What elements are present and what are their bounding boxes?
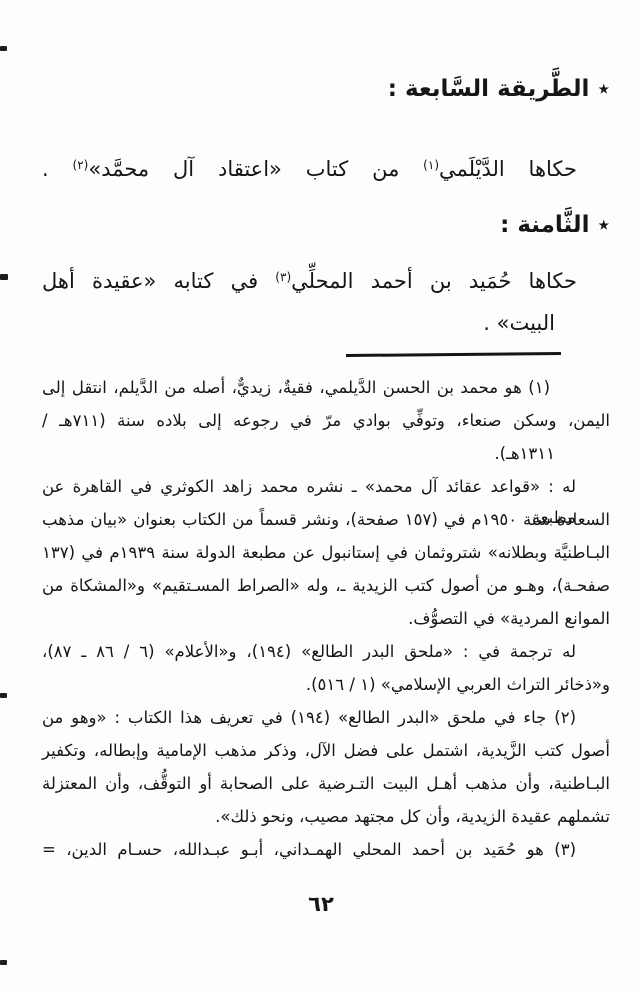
paragraph-seventh-method: حكاها الدَّيْلَمي(١) من كتاب «اعتقاد آل …: [42, 148, 610, 186]
footnote-ref-3: (٣): [275, 270, 291, 284]
footnote-line: له : «قواعد عقائد آل محمد» ـ نشره محمد ز…: [42, 471, 610, 504]
paragraph-eighth-method-line2: البيت» .: [42, 306, 610, 340]
scan-artifact: [0, 46, 7, 51]
footnote-line: (٢) جاء في ملحق «البدر الطالع» (١٩٤) في …: [42, 702, 610, 735]
scan-artifact: [0, 693, 7, 698]
footnote-line: (١) هو محمد بن الحسن الدَّيلمي، فقيةٌ، ز…: [42, 372, 610, 405]
text-run: من كتاب «اعتقاد آل محمَّد»: [88, 157, 423, 181]
footnote-line: ١٣١١هـ).: [42, 438, 610, 471]
footnote-line: الموانع المردية» في التصوُّف.: [42, 603, 610, 636]
text-run: .: [42, 157, 73, 181]
text-run: حكاها الدَّيْلَمي: [439, 157, 577, 181]
book-page: ٭ الطَّريقة السَّابعة : حكاها الدَّيْلَم…: [0, 0, 642, 990]
footnote-line: و«ذخائر التراث العربي الإسلامي» (١ / ٥١٦…: [42, 669, 610, 702]
footnote-line: صفحـة)، وهـو من أصول كتب الزيدية ـ، وله …: [42, 570, 610, 603]
footnote-line: تشملهم عقيدة الزيدية، وأن كل مجتهد مصيب،…: [42, 801, 610, 834]
section-heading-eighth-method: ٭ الثَّامنة :: [500, 212, 610, 238]
footnote-line: اليمن، وسكن صنعاء، وتوفِّي بوادي مرّ في …: [42, 405, 610, 438]
footnote-line: السعادة سنة ١٩٥٠م في (١٥٧ صفحة)، ونشر قس…: [42, 504, 610, 537]
page-number: ٦٢: [0, 892, 642, 916]
scan-artifact: [0, 960, 7, 965]
footnote-line: البـاطنيَّة وبطلانه» شتروثمان في إستانبو…: [42, 537, 610, 570]
footnotes-block: (١) هو محمد بن الحسن الدَّيلمي، فقيةٌ، ز…: [42, 372, 610, 867]
footnote-line: له ترجمة في : «ملحق البدر الطالع» (١٩٤)،…: [42, 636, 610, 669]
footnote-ref-2: (٢): [73, 158, 89, 172]
text-run: حكاها حُمَيد بن أحمد المحلِّي: [291, 269, 577, 293]
footnote-ref-1: (١): [423, 158, 439, 172]
footnote-line: أصول كتب الزَّيدية، اشتمل على فضل الآل، …: [42, 735, 610, 768]
paragraph-eighth-method-line1: حكاها حُمَيد بن أحمد المحلِّي(٣) في كتاب…: [42, 260, 610, 298]
footnote-line: البـاطنية، وأن مذهب أهـل البيت التـرضية …: [42, 768, 610, 801]
footnote-line: (٣) هو حُمَيد بن أحمد المحلي الهمـداني، …: [42, 834, 610, 867]
text-run: في كتابه «عقيدة أهل: [42, 269, 275, 293]
footnote-separator-rule: [346, 352, 561, 357]
section-heading-seventh-method: ٭ الطَّريقة السَّابعة :: [388, 76, 610, 102]
scan-artifact: [0, 274, 8, 280]
